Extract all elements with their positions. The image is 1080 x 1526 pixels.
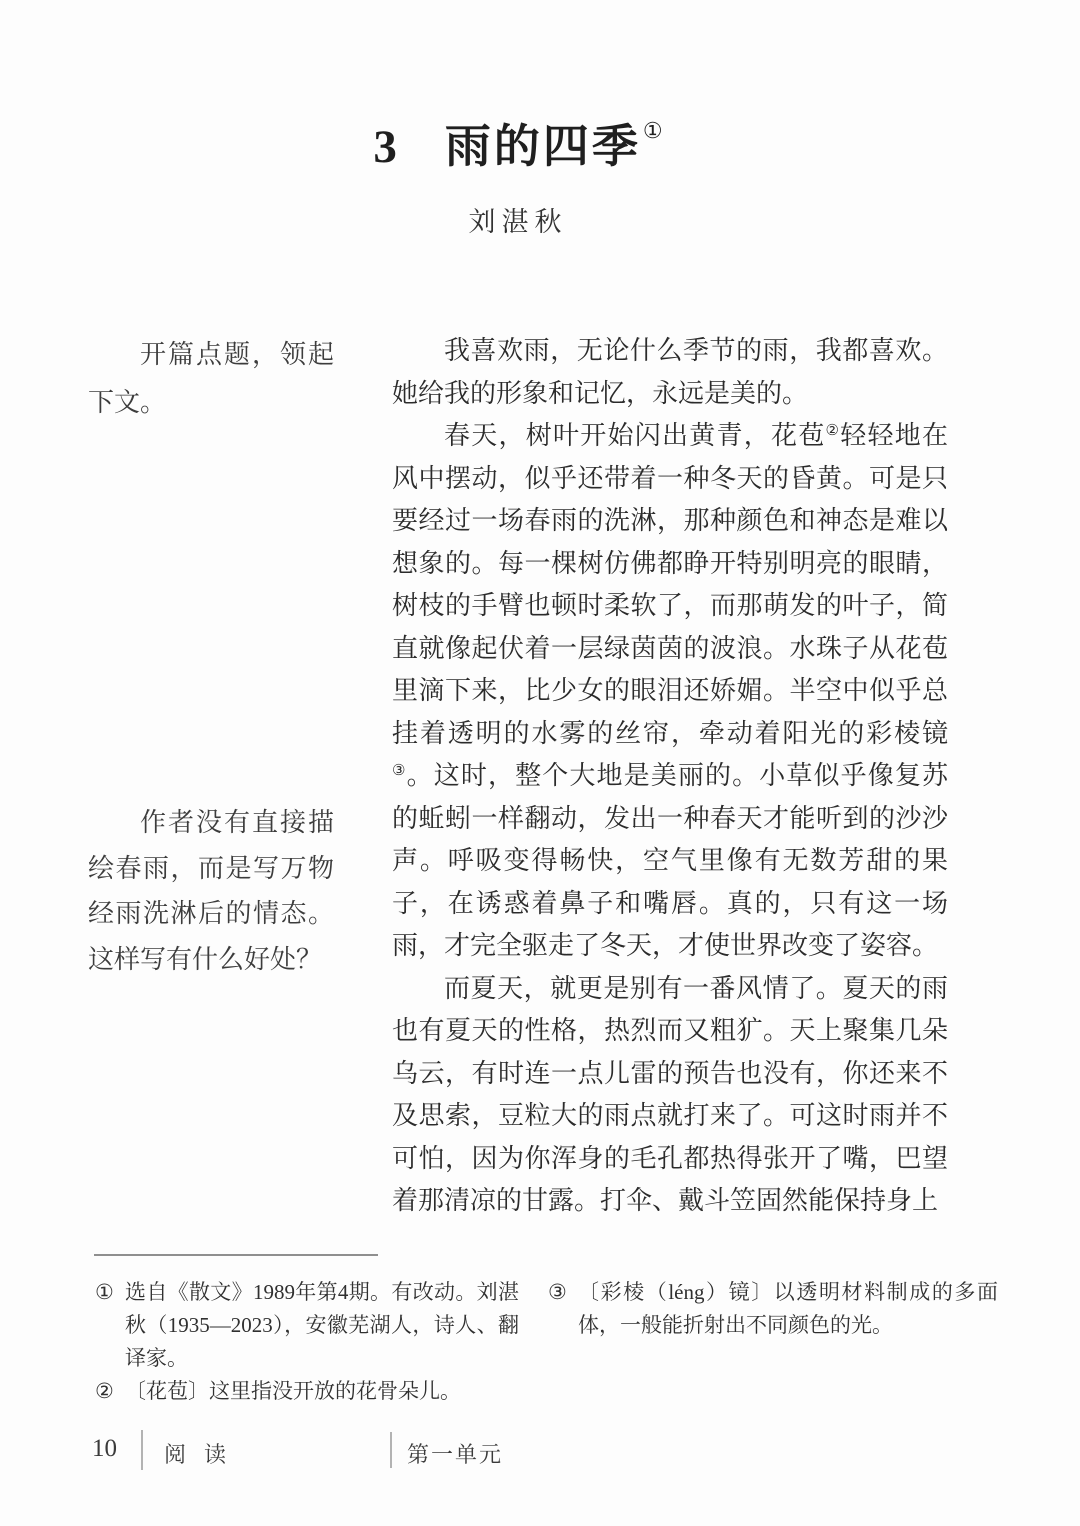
title-footnote-ref: ① (643, 118, 663, 143)
author-name: 刘湛秋 (0, 200, 1058, 239)
paragraph-1: 我喜欢雨，无论什么季节的雨，我都喜欢。她给我的形象和记忆，永远是美的。 (392, 330, 948, 415)
footnote-marker: ② (95, 1375, 114, 1408)
footnote-divider-line (94, 1254, 378, 1256)
footnote-text: 〔花苞〕这里指没开放的花骨朵儿。 (125, 1379, 461, 1403)
page-number: 10 (92, 1435, 117, 1463)
paragraph-2: 春天，树叶开始闪出黄青，花苞②轻轻地在风中摆动，似乎还带着一种冬天的昏黄。可是只… (392, 415, 948, 968)
footnote-marker: ③ (548, 1276, 567, 1309)
body-text: 我喜欢雨，无论什么季节的雨，我都喜欢。她给我的形象和记忆，永远是美的。 春天，树… (392, 330, 948, 1223)
footnote-text: 〔彩棱（léng）镜〕以透明材料制成的多面体，一般能折射出不同颜色的光。 (578, 1280, 998, 1337)
paragraph-2-run: 。这时，整个大地是美丽的。小草似乎像复苏的蚯蚓一样翻动，发出一种春天才能听到的沙… (392, 761, 948, 960)
inline-footnote-ref-3: ③ (392, 763, 407, 779)
paragraph-2-run: 春天，树叶开始闪出黄青，花苞 (444, 421, 826, 450)
inline-footnote-ref-2: ② (826, 423, 841, 439)
footer-divider-bar-2 (390, 1432, 392, 1468)
paragraph-2-run: 轻轻地在风中摆动，似乎还带着一种冬天的昏黄。可是只要经过一场春雨的洗淋，那种颜色… (392, 421, 948, 748)
section-label: 阅读 (164, 1438, 244, 1469)
footnote-item-2: ② 〔花苞〕这里指没开放的花骨朵儿。 (95, 1375, 519, 1408)
footnote-item-3: ③ 〔彩棱（léng）镜〕以透明材料制成的多面体，一般能折射出不同颜色的光。 (548, 1276, 998, 1342)
footnote-marker: ① (95, 1276, 114, 1309)
footnote-item-1: ① 选自《散文》1989年第4期。有改动。刘湛秋（1935—2023），安徽芜湖… (95, 1276, 519, 1375)
page-footer: 10 阅读 第一单元 (0, 1430, 1080, 1474)
lesson-title: 3雨的四季① (0, 110, 1058, 176)
footer-divider-bar-1 (141, 1430, 143, 1470)
footnotes-left-column: ① 选自《散文》1989年第4期。有改动。刘湛秋（1935—2023），安徽芜湖… (95, 1276, 519, 1408)
margin-note-question: 作者没有直接描绘春雨，而是写万物经雨洗淋后的情态。这样写有什么好处？ (88, 800, 334, 982)
textbook-page: 3雨的四季① 刘湛秋 开篇点题，领起下文。 作者没有直接描绘春雨，而是写万物经雨… (0, 0, 1080, 1526)
paragraph-3: 而夏天，就更是别有一番风情了。夏天的雨也有夏天的性格，热烈而又粗犷。天上聚集几朵… (392, 968, 948, 1223)
lesson-title-text: 雨的四季 (445, 121, 641, 172)
footnotes-right-column: ③ 〔彩棱（léng）镜〕以透明材料制成的多面体，一般能折射出不同颜色的光。 (548, 1276, 998, 1342)
lesson-number: 3 (373, 121, 397, 173)
footnote-text: 选自《散文》1989年第4期。有改动。刘湛秋（1935—2023），安徽芜湖人，… (125, 1280, 519, 1370)
margin-note-opening: 开篇点题，领起下文。 (88, 331, 334, 427)
unit-label: 第一单元 (407, 1438, 503, 1469)
